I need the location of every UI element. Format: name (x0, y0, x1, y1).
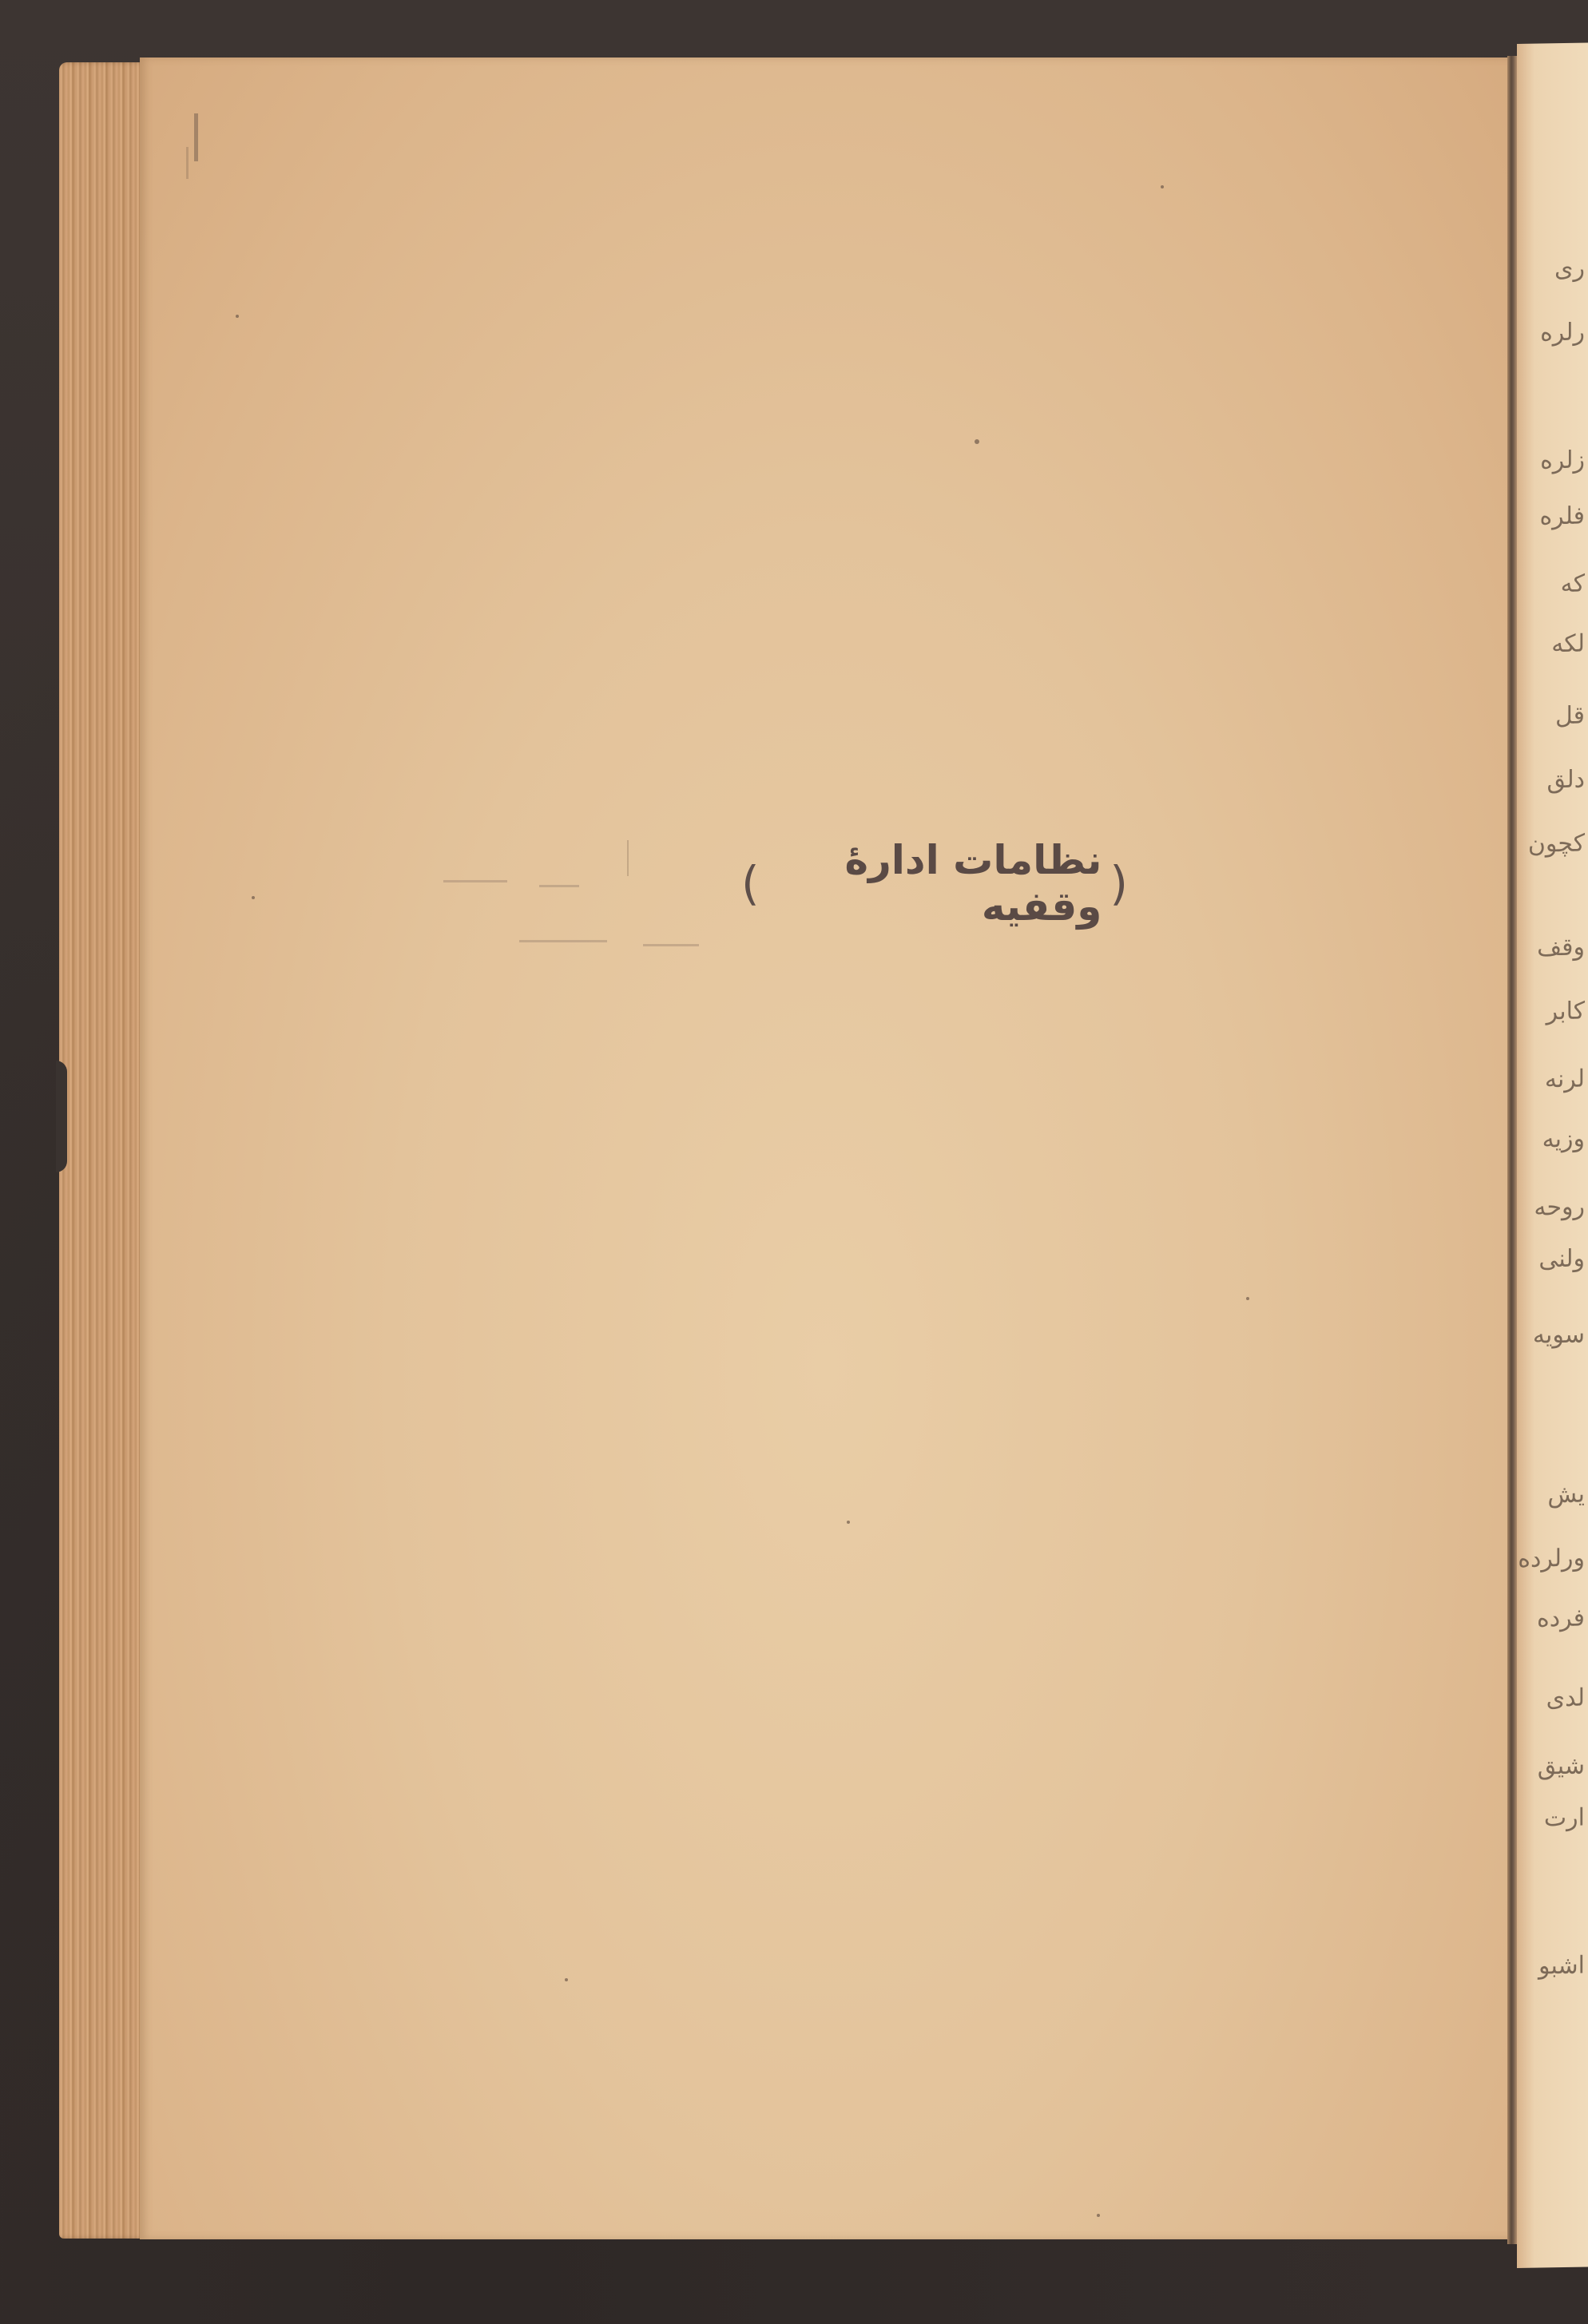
facing-text-fragment: قل (1555, 702, 1585, 731)
paper-speck (565, 1978, 568, 1981)
section-title-text: نظامات ادارهٔ وقفیه (768, 837, 1102, 930)
facing-text-fragment: كه (1561, 570, 1585, 599)
paper-speck (236, 315, 239, 318)
ink-smudge (186, 147, 189, 179)
facing-page: رى رلره زلره فلره كه لكه قل دلق كچون وقف… (1517, 42, 1588, 2268)
facing-text-fragment: وزيه (1542, 1125, 1585, 1154)
show-through-line (539, 885, 579, 887)
paper-speck (1246, 1297, 1249, 1300)
facing-text-fragment: كچون (1528, 830, 1585, 859)
paper-speck (1161, 185, 1164, 188)
facing-text-fragment: سويه (1533, 1321, 1585, 1350)
facing-text-fragment: رلره (1540, 319, 1585, 347)
facing-text-fragment: لدى (1546, 1684, 1585, 1713)
facing-text-fragment: لكه (1551, 630, 1585, 659)
paper-speck (1097, 2214, 1100, 2217)
page-stack-edges (59, 62, 147, 2239)
show-through-line (643, 944, 699, 946)
facing-text-fragment: رى (1554, 255, 1585, 284)
facing-text-fragment: دلق (1546, 766, 1585, 795)
show-through-line (519, 940, 607, 942)
paper-speck (975, 439, 979, 444)
facing-text-fragment: فلره (1539, 502, 1585, 531)
facing-text-fragment: ورلرده (1518, 1545, 1585, 1573)
facing-text-fragment: يش (1547, 1481, 1585, 1509)
ink-smudge (627, 840, 629, 876)
facing-text-fragment: كابر (1546, 997, 1585, 1026)
ink-smudge (194, 113, 198, 161)
facing-text-fragment: وقف (1537, 934, 1585, 962)
paper-speck (252, 896, 255, 899)
book-gutter (1507, 56, 1517, 2244)
title-open-paren: ( (1110, 856, 1129, 910)
section-title: ( نظامات ادارهٔ وقفیه ) (733, 845, 1137, 922)
paper-speck (847, 1521, 850, 1524)
facing-text-fragment: ارت (1544, 1804, 1585, 1833)
facing-text-fragment: اشبو (1538, 1952, 1585, 1981)
title-close-paren: ) (741, 856, 760, 910)
show-through-line (443, 880, 507, 882)
facing-text-fragment: ولنى (1538, 1245, 1585, 1274)
facing-text-fragment: زلره (1540, 446, 1585, 475)
facing-text-fragment: فرده (1537, 1604, 1585, 1633)
facing-text-fragment: شيق (1538, 1752, 1585, 1781)
facing-text-fragment: روحه (1534, 1193, 1585, 1222)
facing-text-fragment: لرنه (1545, 1065, 1585, 1094)
left-page (140, 58, 1512, 2239)
